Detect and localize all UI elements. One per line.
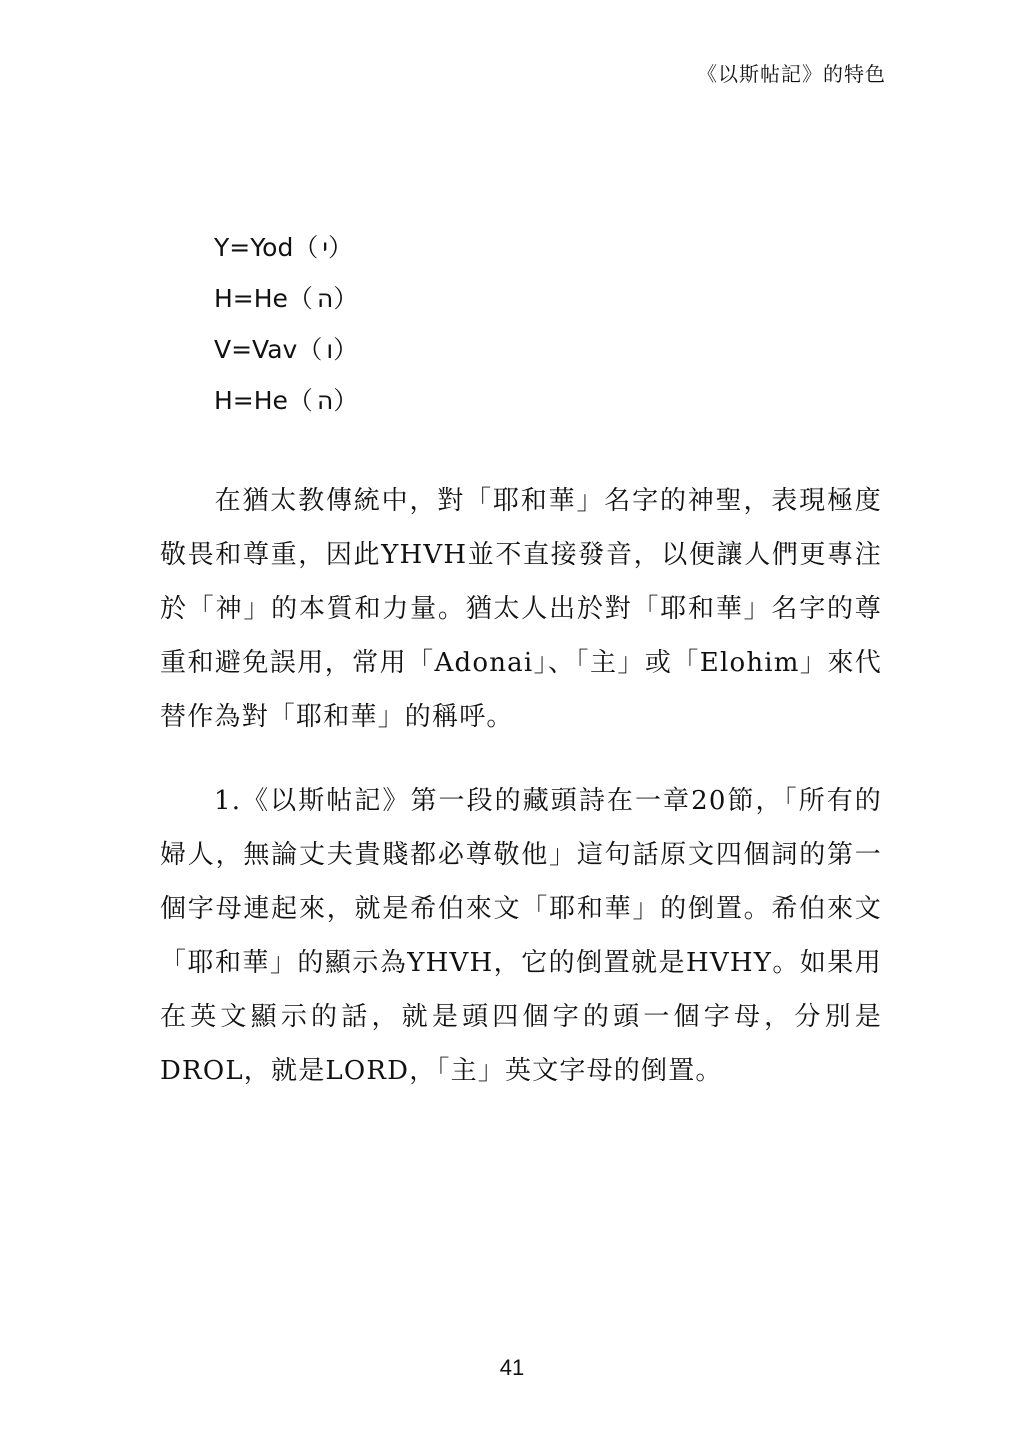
letter-label: H=He（ <box>214 284 313 313</box>
page-number: 41 <box>0 1355 1024 1381</box>
paragraph-acrostic-1: 1.《以斯帖記》第一段的藏頭詩在一章20節，「所有的婦人，無論丈夫貴賤都必尊敬他… <box>160 774 882 1098</box>
letter-label: V=Vav（ <box>214 335 322 364</box>
hebrew-glyph: ה <box>317 284 333 313</box>
paragraph-text: 1.《以斯帖記》第一段的藏頭詩在一章20節，「所有的婦人，無論丈夫貴賤都必尊敬他… <box>160 786 882 1086</box>
close-paren: ） <box>333 335 358 364</box>
running-header-title: 《以斯帖記》的特色 <box>697 58 886 87</box>
letter-row-he-2: H=He（ה） <box>214 375 358 426</box>
letter-row-yod: Y=Yod（י） <box>214 222 358 273</box>
hebrew-letter-list: Y=Yod（י） H=He（ה） V=Vav（ו） H=He（ה） <box>214 222 358 426</box>
paragraph-yhvh-tradition: 在猶太教傳統中，對「耶和華」名字的神聖，表現極度敬畏和尊重，因此YHVH並不直接… <box>160 474 882 744</box>
letter-row-vav: V=Vav（ו） <box>214 324 358 375</box>
letter-label: H=He（ <box>214 386 313 415</box>
letter-row-he: H=He（ה） <box>214 273 358 324</box>
hebrew-glyph: ה <box>317 386 333 415</box>
paragraph-text: 在猶太教傳統中，對「耶和華」名字的神聖，表現極度敬畏和尊重，因此YHVH並不直接… <box>160 486 882 732</box>
close-paren: ） <box>333 284 358 313</box>
close-paren: ） <box>328 233 353 262</box>
letter-label: Y=Yod（ <box>214 233 318 262</box>
close-paren: ） <box>333 386 358 415</box>
